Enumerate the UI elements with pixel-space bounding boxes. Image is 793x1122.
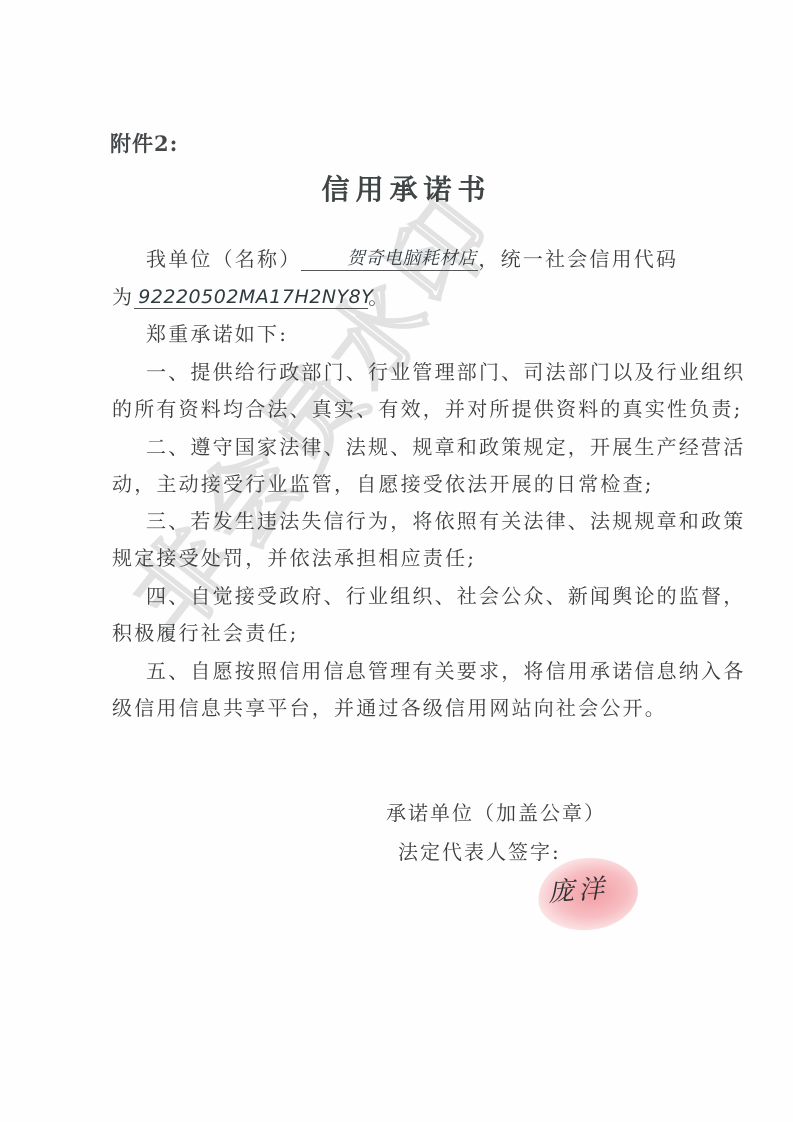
company-name-field: 贺奇电脑耗材店	[301, 248, 478, 271]
commitment-2-line-1: 二、遵守国家法律、法规、规章和政策规定，开展生产经营活	[146, 435, 745, 459]
attachment-label: 附件2:	[110, 128, 178, 158]
committing-unit-label: 承诺单位（加盖公章）	[386, 797, 606, 826]
commitment-3-line-2: 规定接受处罚，并依法承担相应责任;	[112, 546, 476, 570]
intro-prefix: 我单位（名称）	[146, 247, 301, 271]
commitment-4-line-2: 积极履行社会责任;	[112, 621, 299, 645]
legal-rep-label: 法定代表人签字:	[398, 836, 561, 865]
intro-line-2: 为92220502MA17H2NY8Y。	[112, 285, 390, 309]
credit-code-field: 92220502MA17H2NY8Y	[134, 286, 368, 309]
document-page: 非会员水印 附件2: 信用承诺书 我单位（名称）贺奇电脑耗材店，统一社会信用代码…	[0, 0, 793, 1122]
intro-line-1: 我单位（名称）贺奇电脑耗材店，统一社会信用代码	[146, 247, 678, 271]
commitment-1-line-1: 一、提供给行政部门、行业管理部门、司法部门以及行业组织	[146, 360, 745, 384]
commitment-1-line-2: 的所有资料均合法、真实、有效，并对所提供资料的真实性负责;	[112, 397, 743, 421]
document-title: 信用承诺书	[0, 168, 793, 208]
code-suffix: 。	[368, 285, 390, 309]
commitment-5-line-1: 五、自愿按照信用信息管理有关要求，将信用承诺信息纳入各	[146, 659, 745, 683]
commitment-lead: 郑重承诺如下:	[146, 322, 288, 346]
commitment-4-line-1: 四、自觉接受政府、行业组织、社会公众、新闻舆论的监督，	[146, 584, 745, 608]
commitment-3-line-1: 三、若发生违法失信行为，将依照有关法律、法规规章和政策	[146, 509, 745, 533]
commitment-5-line-2: 级信用信息共享平台，并通过各级信用网站向社会公开。	[112, 696, 667, 720]
intro-middle: ，统一社会信用代码	[478, 247, 678, 271]
commitment-2-line-2: 动，主动接受行业监管，自愿接受依法开展的日常检查;	[112, 472, 654, 496]
code-prefix: 为	[112, 285, 134, 309]
legal-rep-signature: 庞洋	[547, 868, 609, 909]
